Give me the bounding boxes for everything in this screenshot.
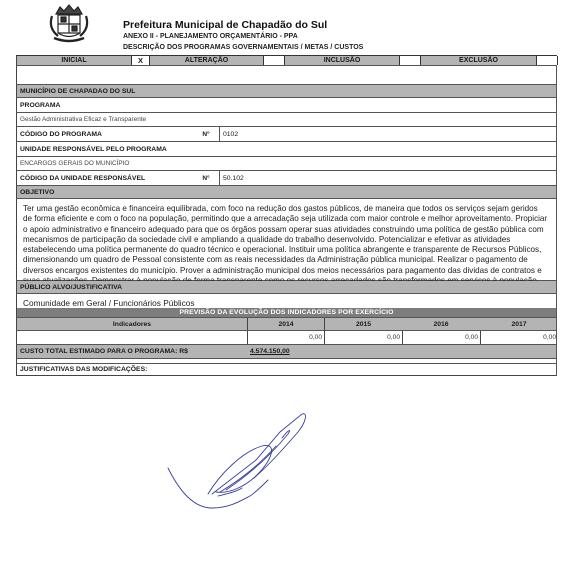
checkbox-alteracao[interactable] — [263, 56, 285, 65]
program-form: INICIAL X ALTERAÇÃO INCLUSÃO EXCLUSÃO MU… — [16, 55, 557, 376]
codigo-programa-value: 0102 — [219, 127, 556, 141]
coat-of-arms-icon — [46, 2, 92, 46]
indicadores-header-row: Indicadores 2014 2015 2016 2017 — [16, 318, 557, 331]
value-2015: 0,00 — [324, 331, 402, 344]
indicadores-title: PREVISÃO DA EVOLUÇÃO DOS INDICADORES POR… — [16, 308, 557, 318]
codigo-unidade-label: CÓDIGO DA UNIDADE RESPONSÁVEL — [20, 175, 145, 182]
objetivo-text: Ter uma gestão econômica e financeira eq… — [16, 199, 557, 281]
status-label-exclusao: EXCLUSÃO — [421, 56, 536, 65]
justificativas-label: JUSTIFICATIVAS DAS MODIFICAÇÕES: — [16, 364, 557, 376]
codigo-programa-row: CÓDIGO DO PROGRAMA N° 0102 — [16, 127, 557, 142]
indicadores-header: Indicadores — [17, 318, 247, 330]
status-label-inclusao: INCLUSÃO — [285, 56, 399, 65]
codigo-unidade-row: CÓDIGO DA UNIDADE RESPONSÁVEL N° 50.102 — [16, 171, 557, 186]
status-label-alteracao: ALTERAÇÃO — [150, 56, 263, 65]
unidade-responsavel-label: UNIDADE RESPONSÁVEL PELO PROGRAMA — [16, 142, 557, 157]
value-2016: 0,00 — [402, 331, 480, 344]
year-2017: 2017 — [480, 318, 558, 330]
year-2016: 2016 — [402, 318, 480, 330]
checkbox-exclusao[interactable] — [536, 56, 558, 65]
objetivo-heading: OBJETIVO — [16, 186, 557, 199]
indicadores-values-row: 0,00 0,00 0,00 0,00 — [16, 331, 557, 345]
programa-label: PROGRAMA — [16, 98, 557, 113]
checkbox-inicial[interactable]: X — [131, 56, 150, 65]
year-2015: 2015 — [324, 318, 402, 330]
programa-value: Gestão Administrativa Eficaz e Transpare… — [16, 113, 557, 127]
custo-total-value: 4.574.150,00 — [250, 345, 290, 358]
codigo-programa-num-label: N° — [193, 127, 219, 141]
status-row: INICIAL X ALTERAÇÃO INCLUSÃO EXCLUSÃO — [16, 55, 557, 66]
publico-alvo-value: Comunidade em Geral / Funcionários Públi… — [16, 294, 557, 308]
annex-subtitle: ANEXO II - PLANEJAMENTO ORÇAMENTÁRIO - P… — [123, 33, 298, 40]
signature-icon — [160, 412, 320, 512]
page-title: Prefeitura Municipal de Chapadão do Sul — [123, 19, 327, 31]
status-label-inicial: INICIAL — [17, 56, 131, 65]
unidade-responsavel-value: ENCARGOS GERAIS DO MUNICÍPIO — [16, 157, 557, 171]
codigo-unidade-value: 50.102 — [219, 171, 556, 185]
value-2014: 0,00 — [247, 331, 324, 344]
blank-row — [16, 66, 557, 85]
custo-total-label: CUSTO TOTAL ESTIMADO PARA O PROGRAMA: R$ — [20, 345, 188, 358]
year-2014: 2014 — [247, 318, 324, 330]
codigo-unidade-num-label: N° — [193, 171, 219, 185]
custo-total-row: CUSTO TOTAL ESTIMADO PARA O PROGRAMA: R$… — [16, 345, 557, 359]
description-subtitle: DESCRIÇÃO DOS PROGRAMAS GOVERNAMENTAIS /… — [123, 44, 363, 51]
municipio-heading: MUNICÍPIO DE CHAPADAO DO SUL — [16, 85, 557, 98]
checkbox-inclusao[interactable] — [399, 56, 421, 65]
publico-alvo-heading: PÚBLICO ALVO/JUSTIFICATIVA — [16, 281, 557, 294]
codigo-programa-label: CÓDIGO DO PROGRAMA — [20, 131, 102, 138]
indicador-name-cell — [17, 331, 247, 344]
value-2017: 0,00 — [480, 331, 558, 344]
